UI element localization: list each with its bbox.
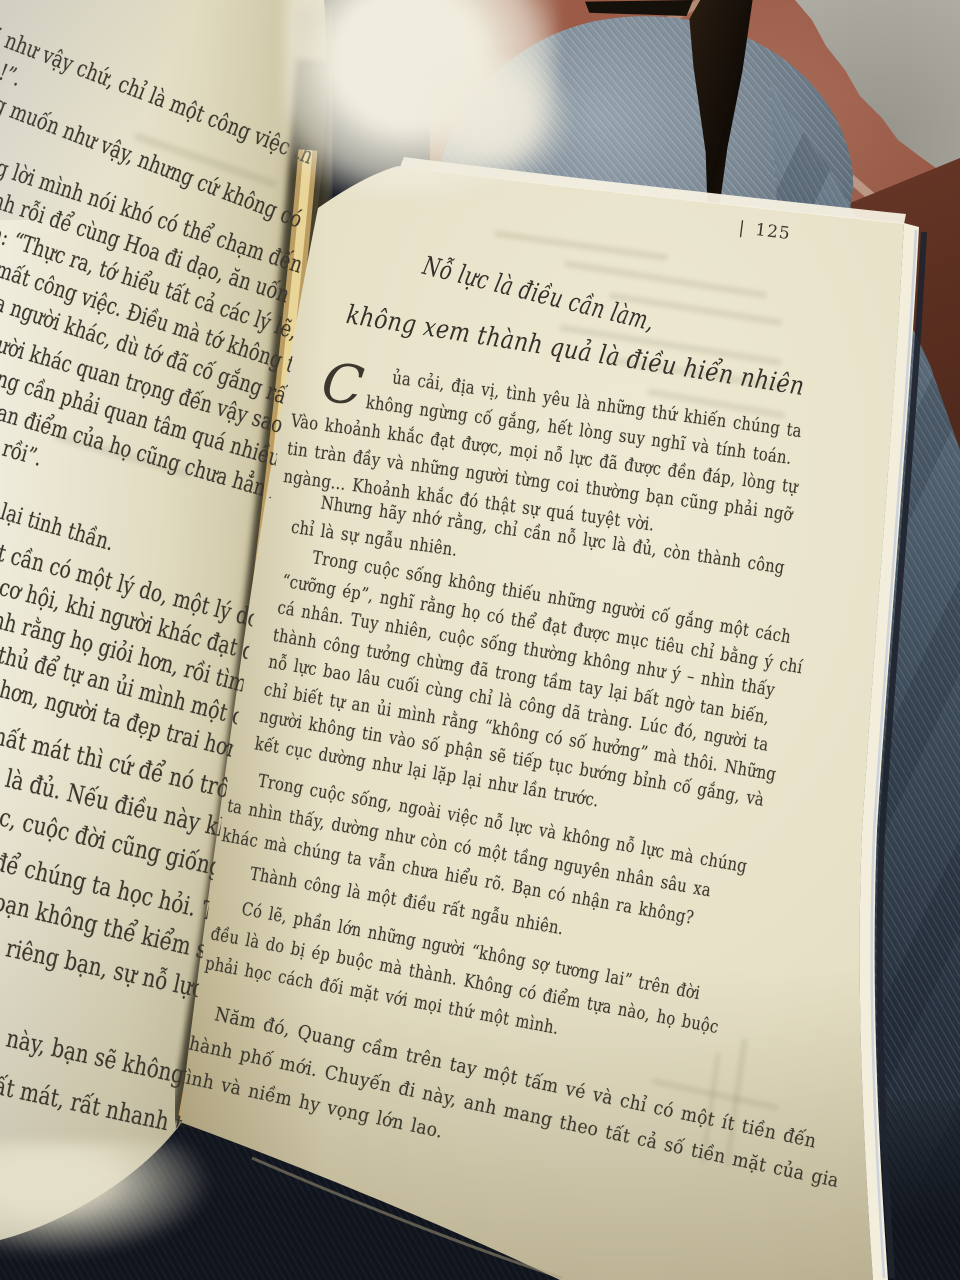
show-through-text <box>494 230 668 261</box>
drop-cap: C <box>319 355 367 414</box>
page-header: |125 <box>738 218 792 244</box>
photo-open-book-on-lap: nỗi như vậy chứ, chỉ là một công việc th… <box>0 0 960 1280</box>
page-number-separator: | <box>738 218 747 239</box>
page-number: 125 <box>754 220 792 244</box>
